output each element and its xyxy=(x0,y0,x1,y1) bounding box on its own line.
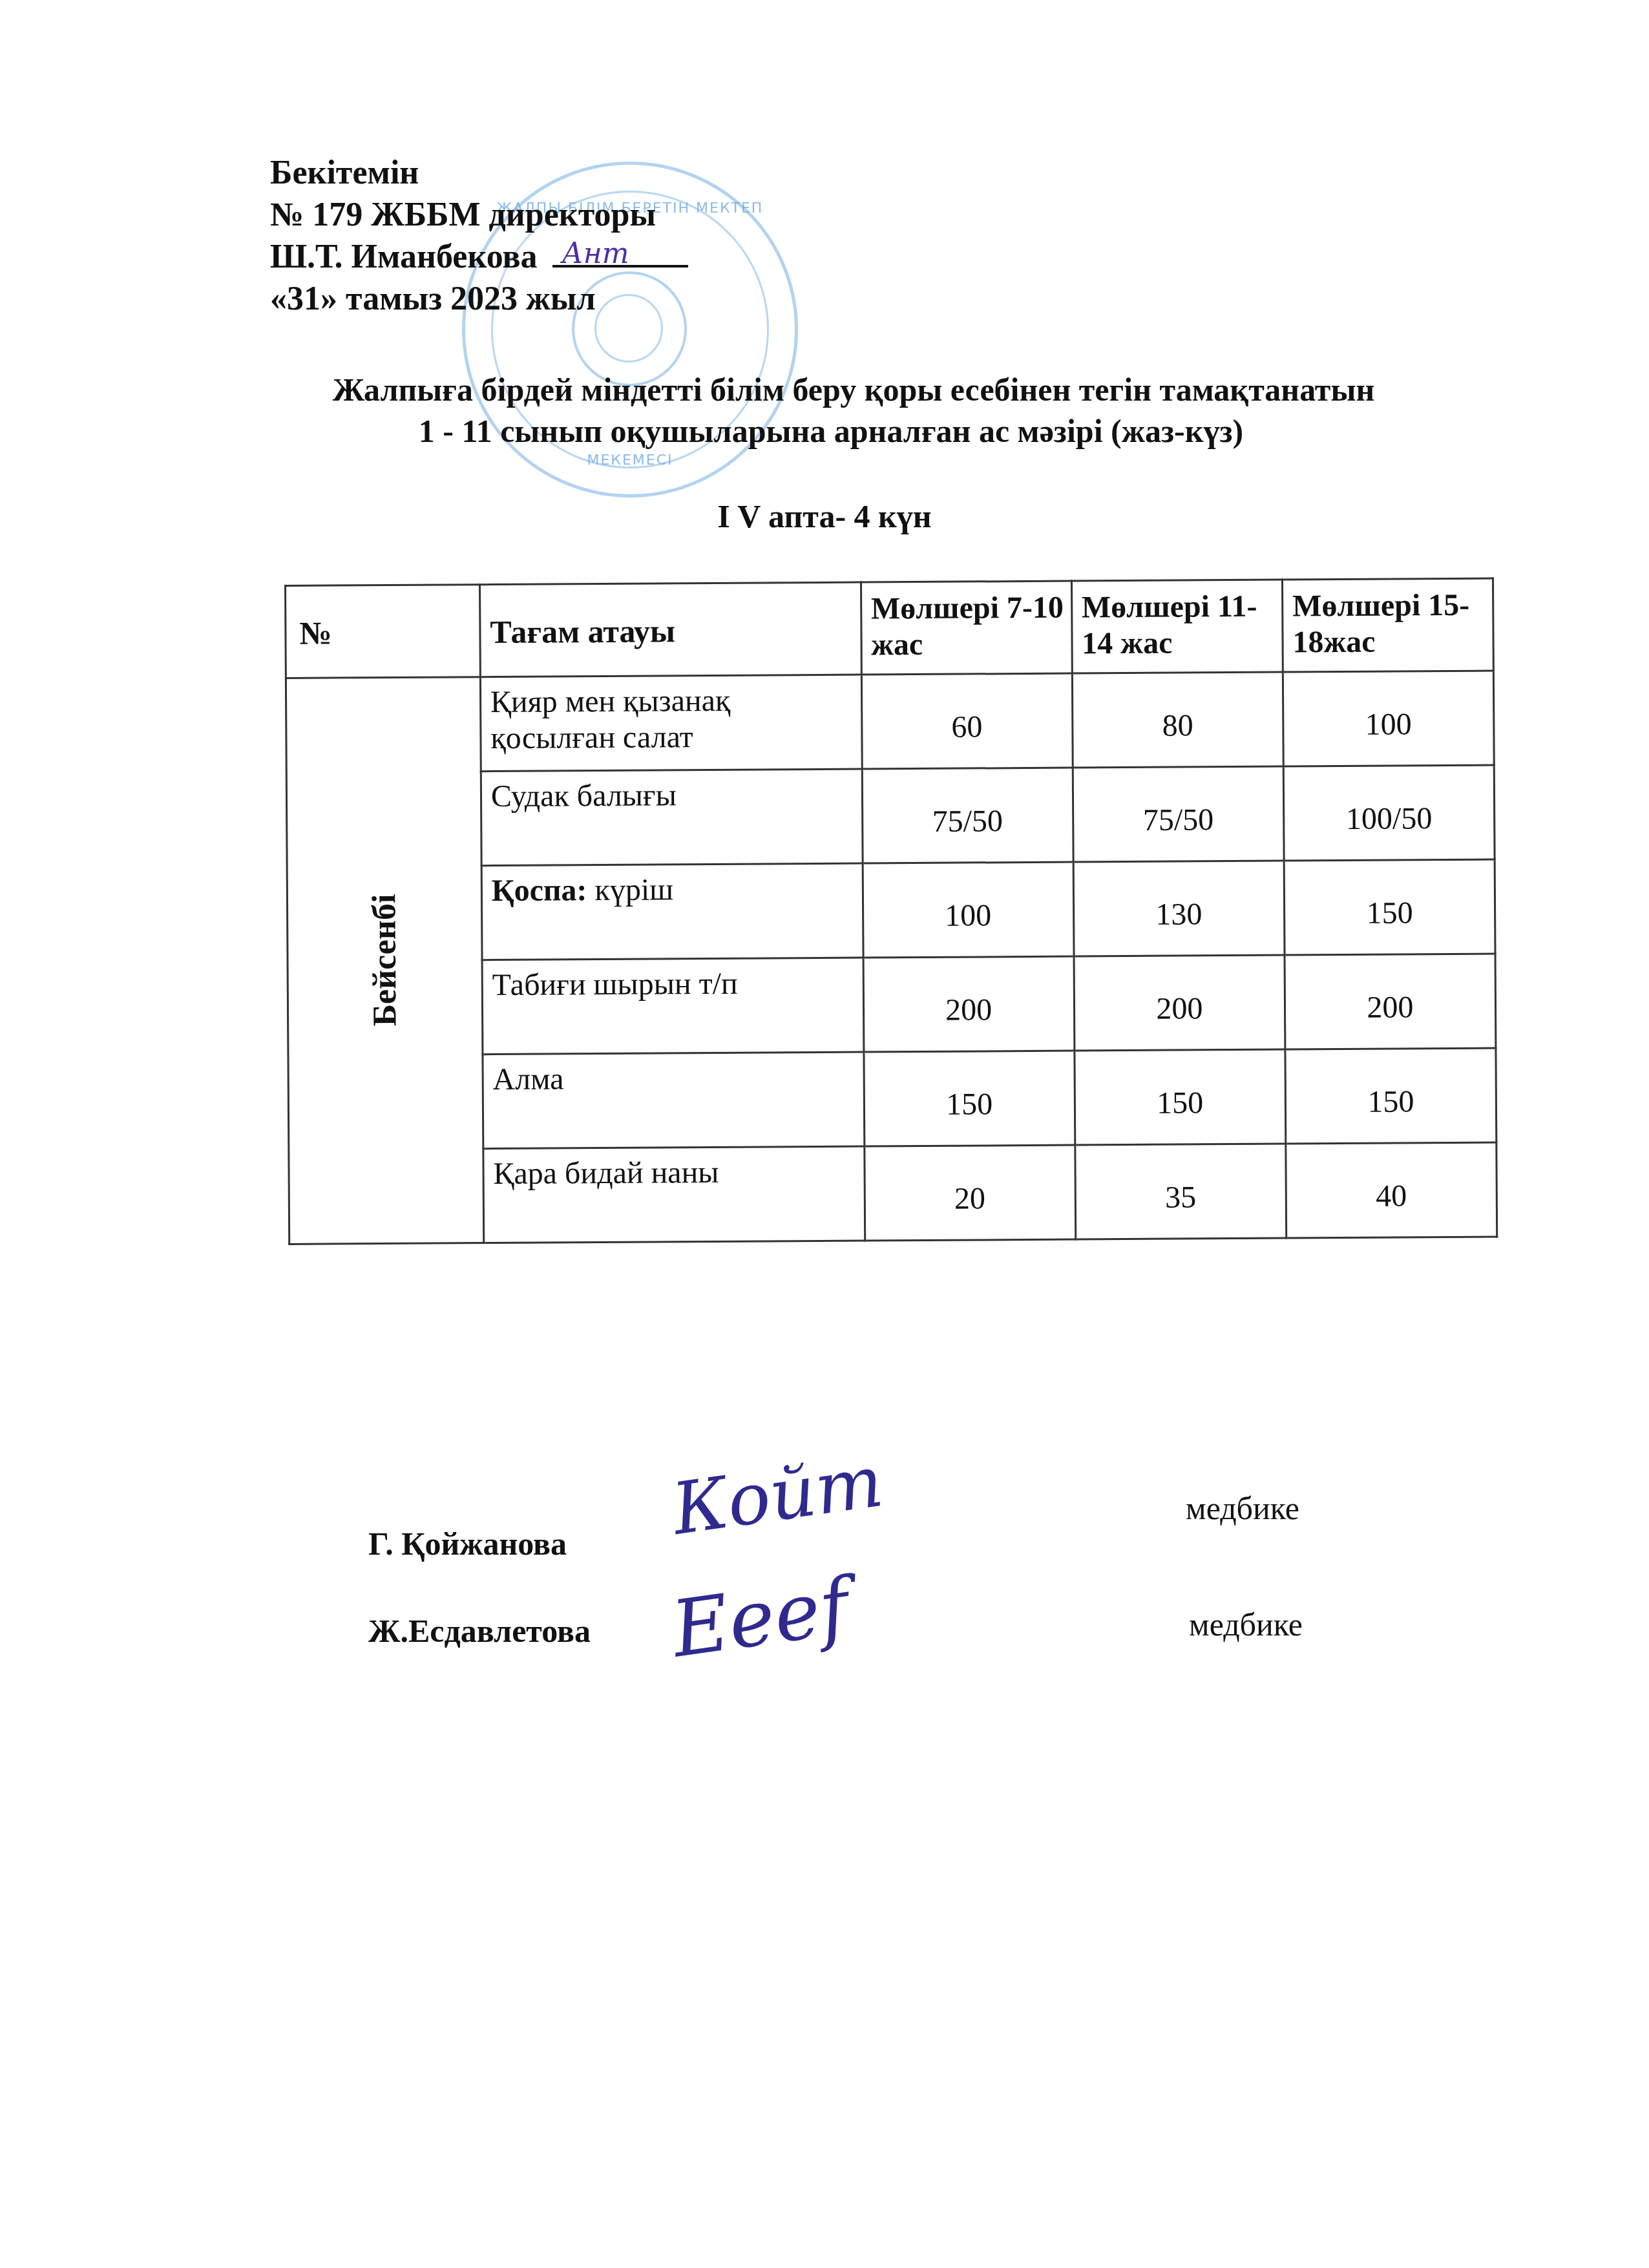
dish-name-cell: Алма xyxy=(483,1052,865,1149)
director-signature-line: Ант xyxy=(552,236,688,268)
signer-signature: Койт xyxy=(667,1440,888,1551)
approval-block: Бекітемін № 179 ЖББМ директоры Ш.Т. Иман… xyxy=(270,152,688,320)
week-day-label: I V апта- 4 күн xyxy=(0,498,1649,535)
quantity-cell-age-group-1: 75/50 xyxy=(862,768,1073,863)
quantity-cell-age-group-2: 130 xyxy=(1073,861,1285,956)
day-cell: Бейсенбі xyxy=(286,677,483,1244)
signer-row: Ж.Есдавлетова Еееf медбике xyxy=(368,1612,1338,1699)
dish-name: Судак балығы xyxy=(491,778,677,814)
day-label: Бейсенбі xyxy=(366,894,403,1027)
quantity-cell-age-group-1: 60 xyxy=(861,673,1073,769)
quantity-cell-age-group-3: 150 xyxy=(1284,859,1495,955)
quantity-cell-age-group-2: 150 xyxy=(1075,1049,1286,1145)
approval-position: № 179 ЖББМ директоры xyxy=(270,194,688,236)
signer-role: медбике xyxy=(1186,1489,1299,1527)
header-age-11-14: Мөлшері 11-14 жас xyxy=(1071,580,1283,673)
approval-director: Ш.Т. Иманбекова Ант xyxy=(270,236,688,278)
quantity-cell-age-group-1: 20 xyxy=(864,1145,1075,1241)
quantity-cell-age-group-2: 75/50 xyxy=(1073,766,1284,862)
header-age-15-18: Мөлшері 15-18жас xyxy=(1282,578,1493,672)
quantity-cell-age-group-1: 200 xyxy=(863,956,1075,1052)
dish-name: күріш xyxy=(587,872,673,907)
stamp-bottom-text: МЕКЕМЕСІ xyxy=(465,452,795,468)
quantity-cell-age-group-3: 100/50 xyxy=(1283,765,1495,861)
dish-category: Қоспа: xyxy=(492,873,587,908)
signer-name: Г. Қойжанова xyxy=(368,1525,567,1562)
dish-name-cell: Табиғи шырын т/п xyxy=(482,958,864,1055)
quantity-cell-age-group-2: 35 xyxy=(1075,1144,1287,1239)
header-num: № xyxy=(286,585,481,678)
quantity-cell-age-group-2: 200 xyxy=(1074,955,1285,1051)
dish-name-cell: Қара бидай наны xyxy=(483,1146,865,1243)
director-name: Ш.Т. Иманбекова xyxy=(270,238,538,275)
quantity-cell-age-group-2: 80 xyxy=(1072,672,1283,768)
quantity-cell-age-group-3: 40 xyxy=(1286,1142,1497,1238)
table-header-row: № Тағам атауы Мөлшері 7-10 жас Мөлшері 1… xyxy=(286,578,1494,678)
document-title-line2: 1 - 11 сынып оқушыларына арналған ас мәз… xyxy=(6,408,1649,454)
approval-heading: Бекітемін xyxy=(270,152,688,194)
quantity-cell-age-group-1: 150 xyxy=(863,1051,1075,1146)
dish-name-cell: Судак балығы xyxy=(481,769,863,866)
header-dish-name: Тағам атауы xyxy=(479,582,861,677)
header-age-7-10: Мөлшері 7-10 жас xyxy=(861,581,1072,675)
document-title-line1: Жалпыға бірдей міндетті білім беру қоры … xyxy=(29,367,1649,412)
dish-name: Табиғи шырын т/п xyxy=(492,967,737,1002)
dish-name-cell: Қоспа: күріш xyxy=(481,863,863,960)
director-signature: Ант xyxy=(562,233,629,275)
signer-name: Ж.Есдавлетова xyxy=(368,1612,591,1650)
dish-name: Алма xyxy=(492,1062,563,1097)
dish-name: Қияр мен қызанақ қосылған салат xyxy=(490,684,731,755)
table-row: БейсенбіҚияр мен қызанақ қосылған салат6… xyxy=(286,671,1494,772)
approval-date: «31» тамыз 2023 жыл xyxy=(270,278,688,320)
quantity-cell-age-group-1: 100 xyxy=(863,862,1074,958)
signer-row: Г. Қойжанова Койт медбике xyxy=(368,1525,1338,1612)
signers-block: Г. Қойжанова Койт медбике Ж.Есдавлетова … xyxy=(368,1525,1338,1699)
dish-name: Қара бидай наны xyxy=(493,1155,719,1191)
quantity-cell-age-group-3: 150 xyxy=(1285,1048,1497,1144)
signer-role: медбике xyxy=(1189,1606,1303,1643)
menu-table: № Тағам атауы Мөлшері 7-10 жас Мөлшері 1… xyxy=(284,578,1498,1245)
quantity-cell-age-group-3: 100 xyxy=(1283,671,1494,766)
dish-name-cell: Қияр мен қызанақ қосылған салат xyxy=(480,675,862,772)
quantity-cell-age-group-3: 200 xyxy=(1285,954,1496,1049)
